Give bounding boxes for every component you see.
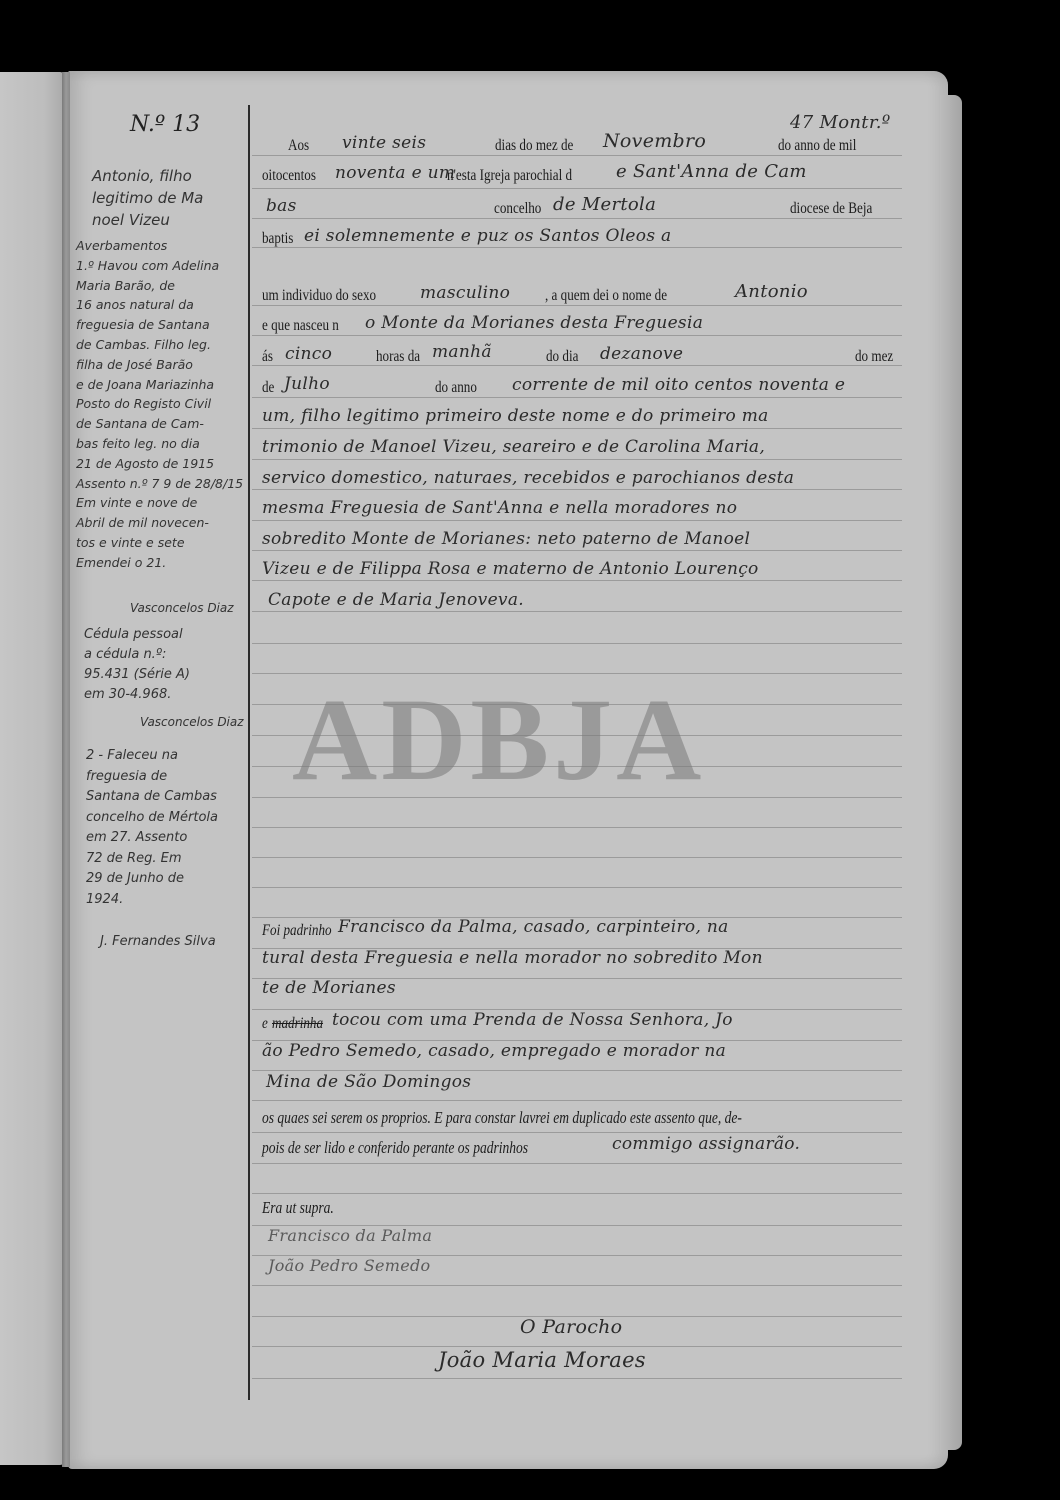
ruled-line (252, 218, 902, 219)
margin-line: 2 - Faleceu na (86, 746, 218, 767)
ruled-line (252, 155, 902, 156)
printed-text: ás (262, 348, 273, 366)
handwritten-parentage-line: trimonio de Manoel Vizeu, seareiro e de … (262, 437, 765, 457)
margin-line: de Cambas. Filho leg. (76, 335, 243, 355)
margin-id-annotation: Cédula pessoal a cédula n.º: 95.431 (Sér… (84, 625, 190, 705)
margin-signature: J. Fernandes Silva (100, 932, 216, 952)
handwritten-text: bas (266, 196, 297, 216)
handwritten-text: ei solemnemente e puz os Santos Oleos a (304, 226, 672, 246)
page-stack-edge (940, 95, 962, 1450)
ruled-line (252, 643, 902, 644)
margin-signature: Vasconcelos Diaz (130, 598, 234, 618)
margin-line: bas feito leg. no dia (76, 434, 243, 454)
margin-line: 29 de Junho de (86, 869, 218, 890)
printed-text: um individuo do sexo (262, 287, 376, 305)
archive-watermark: ADBJA (292, 672, 705, 808)
printed-text: dias do mez de (495, 137, 573, 155)
printed-text: concelho (494, 200, 541, 218)
printed-text: baptis (262, 230, 293, 248)
margin-line: Abril de mil novecen- (76, 513, 243, 533)
margin-line: noel Vizeu (92, 209, 203, 231)
handwritten-godmother: Mina de São Domingos (266, 1072, 471, 1092)
printed-text: , a quem dei o nome de (545, 287, 667, 305)
printed-text: e que nasceu n (262, 317, 339, 335)
handwritten-closing: commigo assignarão. (612, 1134, 800, 1154)
handwritten-parentage-line: servico domestico, naturaes, recebidos e… (262, 468, 794, 488)
printed-text: Foi padrinho (262, 922, 332, 940)
handwritten-parentage-line: sobredito Monte de Morianes: neto patern… (262, 529, 750, 549)
margin-line: em 27. Assento (86, 828, 218, 849)
ruled-line (252, 247, 902, 248)
margin-line: Em vinte e nove de (76, 493, 243, 513)
signature-godfather: Francisco da Palma (268, 1226, 432, 1245)
handwritten-godfather: te de Morianes (262, 978, 396, 998)
handwritten-godfather: Francisco da Palma, casado, carpinteiro,… (338, 917, 729, 937)
printed-text: do dia (546, 348, 578, 366)
book-gutter (62, 72, 70, 1467)
margin-signature: Vasconcelos Diaz (140, 712, 244, 732)
margin-line: Antonio, filho (92, 165, 203, 187)
margin-line: freguesia de Santana (76, 315, 243, 335)
handwritten-day: vinte seis (342, 133, 426, 153)
ruled-line (252, 1193, 902, 1194)
signature-priest: João Maria Moraes (438, 1348, 646, 1372)
margin-line: de Santana de Cam- (76, 414, 243, 434)
margin-death-annotation: 2 - Faleceu na freguesia de Santana de C… (86, 746, 218, 910)
printed-text: n'esta Igreja parochial d (447, 167, 572, 185)
priest-title: O Parocho (520, 1316, 622, 1338)
ruled-line (252, 857, 902, 858)
margin-line: 16 anos natural da (76, 295, 243, 315)
top-right-annotation: 47 Montr.º (790, 112, 891, 133)
margin-divider (248, 105, 250, 1400)
printed-closing: pois de ser lido e conferido perante os … (262, 1138, 528, 1158)
ruled-line (252, 520, 902, 521)
handwritten-year: noventa e um (335, 163, 455, 183)
printed-text: horas da (376, 348, 420, 366)
margin-line: Posto do Registo Civil (76, 394, 243, 414)
printed-text: do mez (855, 348, 893, 366)
margin-line: concelho de Mértola (86, 808, 218, 829)
margin-line: 21 de Agosto de 1915 (76, 454, 243, 474)
margin-line: tos e vinte e sete (76, 533, 243, 553)
margin-line: 1.º Havou com Adelina (76, 256, 243, 276)
margin-marriage-annotation: Averbamentos 1.º Havou com Adelina Maria… (76, 236, 243, 573)
printed-text: Aos (288, 137, 309, 155)
margin-line: a cédula n.º: (84, 645, 190, 665)
ruled-line (252, 887, 902, 888)
ruled-line (252, 1285, 902, 1286)
signature-godmother-proxy: João Pedro Semedo (268, 1256, 430, 1275)
handwritten-birthplace: o Monte da Morianes desta Freguesia (365, 313, 703, 333)
margin-line: 72 de Reg. Em (86, 849, 218, 870)
handwritten-sex: masculino (420, 283, 510, 303)
margin-line: Maria Barão, de (76, 276, 243, 296)
margin-line: Emendei o 21. (76, 553, 243, 573)
handwritten-birth-year: corrente de mil oito centos noventa e (512, 375, 845, 395)
margin-line: e de Joana Mariazinha (76, 375, 243, 395)
margin-line: legitimo de Ma (92, 187, 203, 209)
entry-number: N.º 13 (130, 112, 200, 137)
printed-text: do anno (435, 379, 477, 397)
handwritten-parentage-line: Capote e de Maria Jenoveva. (268, 590, 524, 610)
margin-line: 1924. (86, 890, 218, 911)
handwritten-month: Novembro (603, 130, 706, 152)
ruled-line (252, 611, 902, 612)
handwritten-birth-month: Julho (284, 374, 330, 394)
handwritten-parish: e Sant'Anna de Cam (616, 161, 807, 182)
ruled-line (252, 305, 902, 306)
margin-line: em 30-4.968. (84, 685, 190, 705)
margin-line: filha de José Barão (76, 355, 243, 375)
ruled-line (252, 397, 902, 398)
handwritten-municipality: de Mertola (553, 194, 656, 215)
ruled-line (252, 428, 902, 429)
handwritten-godfather: tural desta Freguesia e nella morador no… (262, 948, 763, 968)
handwritten-hour: cinco (285, 344, 332, 364)
printed-text: do anno de mil (778, 137, 856, 155)
handwritten-birth-day: dezanove (600, 344, 683, 364)
handwritten-time-of-day: manhã (432, 342, 492, 362)
margin-line: Assento n.º 7 9 de 28/8/15 (76, 474, 243, 494)
handwritten-parentage-line: mesma Freguesia de Sant'Anna e nella mor… (262, 498, 737, 518)
left-page-edge (0, 72, 64, 1465)
handwritten-parentage-line: um, filho legitimo primeiro deste nome e… (262, 406, 769, 426)
margin-line: freguesia de (86, 767, 218, 788)
handwritten-godmother: tocou com uma Prenda de Nossa Senhora, J… (332, 1010, 733, 1030)
ruled-line (252, 1132, 902, 1133)
ruled-line (252, 335, 902, 336)
handwritten-given-name: Antonio (735, 281, 808, 302)
printed-text: de (262, 379, 274, 397)
ruled-line (252, 1070, 902, 1071)
margin-line: Santana de Cambas (86, 787, 218, 808)
ruled-line (252, 489, 902, 490)
handwritten-parentage-line: Vizeu e de Filippa Rosa e materno de Ant… (262, 559, 759, 579)
ruled-line (252, 459, 902, 460)
ruled-line (252, 550, 902, 551)
printed-closing: os quaes sei serem os proprios. E para c… (262, 1108, 742, 1128)
ruled-line (252, 1346, 902, 1347)
ruled-line (252, 580, 902, 581)
ruled-line (252, 1378, 902, 1379)
ruled-line (252, 1163, 902, 1164)
margin-line: Cédula pessoal (84, 625, 190, 645)
struck-madrinha-text: madrinha (272, 1015, 323, 1033)
printed-text: e (262, 1015, 268, 1033)
ruled-line (252, 1100, 902, 1101)
margin-line: Averbamentos (76, 236, 243, 256)
margin-name-block: Antonio, filho legitimo de Ma noel Vizeu (92, 165, 203, 231)
printed-text: oitocentos (262, 167, 316, 185)
ruled-line (252, 827, 902, 828)
ruled-line (252, 188, 902, 189)
printed-era: Era ut supra. (262, 1198, 334, 1218)
margin-line: 95.431 (Série A) (84, 665, 190, 685)
printed-text: diocese de Beja (790, 200, 872, 218)
handwritten-godmother: ão Pedro Semedo, casado, empregado e mor… (262, 1041, 726, 1061)
